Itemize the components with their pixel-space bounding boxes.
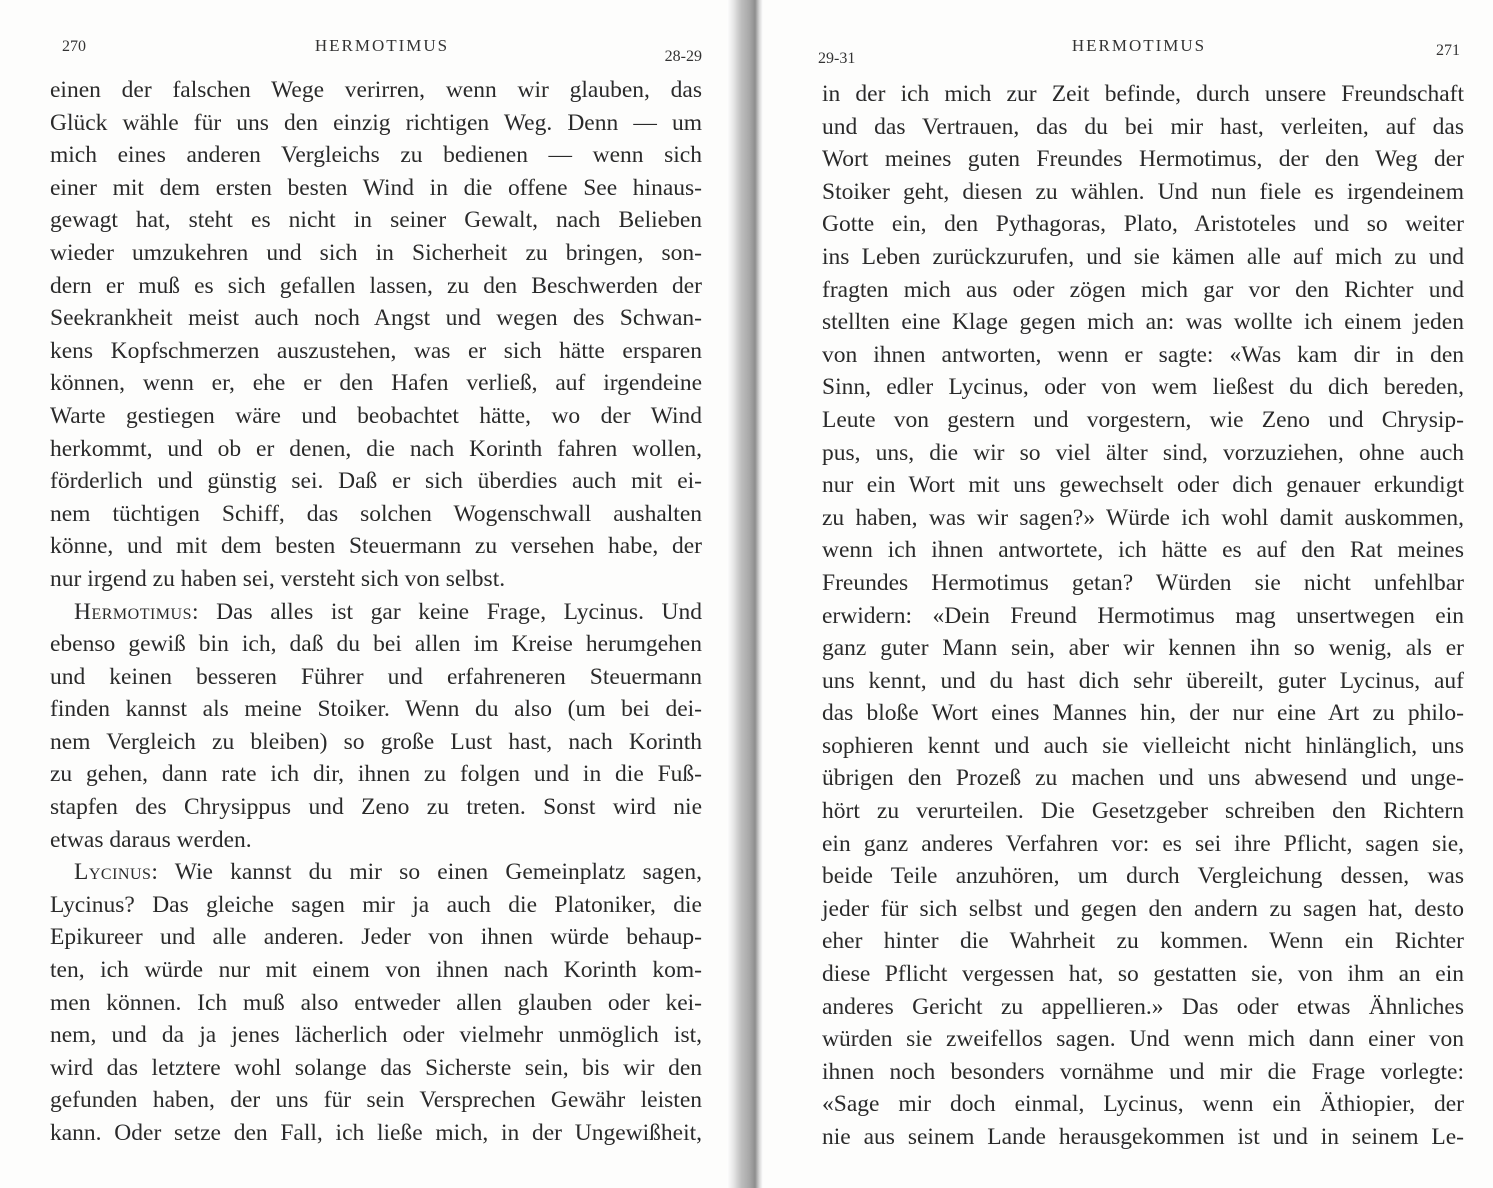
line-text: nur irgend zu haben sei, versteht sich v…: [50, 566, 505, 592]
line-text: «Sage mir doch einmal, Lycinus, wenn ein…: [822, 1091, 1464, 1117]
line-text: ihnen noch besonders vornähme und mir di…: [822, 1059, 1464, 1085]
line-text: einen der falschen Wege verirren, wenn w…: [50, 77, 702, 103]
line-text: nem tüchtigen Schiff, das solchen Wogens…: [50, 501, 702, 527]
line-text: eher hinter die Wahrheit zu kommen. Wenn…: [822, 928, 1464, 954]
text-line: zu gehen, dann rate ich dir, ihnen zu fo…: [50, 758, 702, 791]
right-page: 29-31 HERMOTIMUS 271 in der ich mich zur…: [760, 0, 1493, 1188]
text-line: zu haben, was wir sagen?» Würde ich wohl…: [822, 502, 1464, 535]
line-text: können, wenn er, ehe er den Hafen verlie…: [50, 370, 702, 396]
line-text: sophieren kennt und auch sie vielleicht …: [822, 733, 1464, 759]
line-text: ebenso gewiß bin ich, daß du bei allen i…: [50, 631, 702, 657]
text-line: in der ich mich zur Zeit befinde, durch …: [822, 78, 1464, 111]
line-text: Glück wähle für uns den einzig richtigen…: [50, 110, 702, 136]
line-text: und keinen besseren Führer und erfahrene…: [50, 664, 702, 690]
text-line: Stoiker geht, diesen zu wählen. Und nun …: [822, 176, 1464, 209]
text-line: Wort meines guten Freundes Hermotimus, d…: [822, 143, 1464, 176]
line-text: zu haben, was wir sagen?» Würde ich wohl…: [822, 505, 1464, 531]
line-text: dern er muß es sich gefallen lassen, zu …: [50, 273, 702, 299]
right-running-head: 29-31 HERMOTIMUS 271: [818, 36, 1460, 66]
speaker-line: Hermotimus: Das alles ist gar keine Frag…: [50, 596, 702, 629]
line-text: Wort meines guten Freundes Hermotimus, d…: [822, 146, 1464, 172]
text-line: hört zu verurteilen. Die Gesetzgeber sch…: [822, 795, 1464, 828]
text-line: nem Vergleich zu bleiben) so große Lust …: [50, 726, 702, 759]
line-text: Epikureer und alle anderen. Jeder von ih…: [50, 924, 702, 950]
line-text: zu gehen, dann rate ich dir, ihnen zu fo…: [50, 761, 702, 787]
text-line: ten, ich würde nur mit einem von ihnen n…: [50, 954, 702, 987]
line-text: gewagt hat, steht es nicht in seiner Gew…: [50, 207, 702, 233]
line-text: stapfen des Chrysippus und Zeno zu trete…: [50, 794, 702, 820]
line-text: diese Pflicht vergessen hat, so gestatte…: [822, 961, 1464, 987]
text-line: gewagt hat, steht es nicht in seiner Gew…: [50, 204, 702, 237]
line-text: und das Vertrauen, das du bei mir hast, …: [822, 114, 1464, 140]
line-text: jeder für sich selbst und gegen den ande…: [822, 896, 1464, 922]
line-text: fragten mich aus oder zögen mich gar vor…: [822, 277, 1464, 303]
text-line: kann. Oder setze den Fall, ich ließe mic…: [50, 1117, 702, 1150]
line-text: Seekrankheit meist auch noch Angst und w…: [50, 305, 702, 331]
line-text: förderlich und günstig sei. Daß er sich …: [50, 468, 702, 494]
line-text: einer mit dem ersten besten Wind in die …: [50, 175, 702, 201]
line-text: etwas daraus werden.: [50, 827, 252, 853]
line-text: Lycinus? Das gleiche sagen mir ja auch d…: [50, 892, 702, 918]
line-text: kann. Oder setze den Fall, ich ließe mic…: [50, 1120, 702, 1146]
text-line: könne, und mit dem besten Steuermann zu …: [50, 530, 702, 563]
text-line: wird das letztere wohl solange das Siche…: [50, 1052, 702, 1085]
text-line: kens Kopfschmerzen auszustehen, was er s…: [50, 335, 702, 368]
text-line: erwidern: «Dein Freund Hermotimus mag un…: [822, 600, 1464, 633]
text-line: uns kennt, und du hast dich sehr übereil…: [822, 665, 1464, 698]
text-line: men können. Ich muß also entweder allen …: [50, 987, 702, 1020]
text-line: jeder für sich selbst und gegen den ande…: [822, 893, 1464, 926]
speaker-name: Hermotimus: [74, 599, 192, 625]
line-text: men können. Ich muß also entweder allen …: [50, 990, 702, 1016]
left-page: 270 HERMOTIMUS 28-29 einen der falschen …: [0, 0, 735, 1188]
text-line: nur irgend zu haben sei, versteht sich v…: [50, 563, 702, 596]
text-line: Lycinus? Das gleiche sagen mir ja auch d…: [50, 889, 702, 922]
line-text: ein ganz anderes Verfahren vor: es sei i…: [822, 831, 1464, 857]
text-line: einen der falschen Wege verirren, wenn w…: [50, 74, 702, 107]
line-text: Freundes Hermotimus getan? Würden sie ni…: [822, 570, 1464, 596]
text-line: ihnen noch besonders vornähme und mir di…: [822, 1056, 1464, 1089]
line-text: hört zu verurteilen. Die Gesetzgeber sch…: [822, 798, 1464, 824]
line-text: ganz guter Mann sein, aber wir kennen ih…: [822, 635, 1464, 661]
text-line: und das Vertrauen, das du bei mir hast, …: [822, 111, 1464, 144]
line-text: nem, und da ja jenes lächerlich oder vie…: [50, 1022, 702, 1048]
line-text: mich eines anderen Vergleichs zu bediene…: [50, 142, 702, 168]
line-text: wieder umzukehren und sich in Sicherheit…: [50, 240, 702, 266]
text-line: mich eines anderen Vergleichs zu bediene…: [50, 139, 702, 172]
text-line: Leute von gestern und vorgestern, wie Ze…: [822, 404, 1464, 437]
text-line: das bloße Wort eines Mannes hin, der nur…: [822, 697, 1464, 730]
text-line: diese Pflicht vergessen hat, so gestatte…: [822, 958, 1464, 991]
text-line: herkommt, und ob er denen, die nach Kori…: [50, 433, 702, 466]
right-body-text: in der ich mich zur Zeit befinde, durch …: [822, 78, 1464, 1154]
line-text: ten, ich würde nur mit einem von ihnen n…: [50, 957, 702, 983]
text-line: ins Leben zurückzurufen, und sie kämen a…: [822, 241, 1464, 274]
text-line: Glück wähle für uns den einzig richtigen…: [50, 107, 702, 140]
line-text: würden sie zweifellos sagen. Und wenn mi…: [822, 1026, 1464, 1052]
line-text: könne, und mit dem besten Steuermann zu …: [50, 533, 702, 559]
line-text: das bloße Wort eines Mannes hin, der nur…: [822, 700, 1464, 726]
text-line: Gotte ein, den Pythagoras, Plato, Aristo…: [822, 208, 1464, 241]
line-text: nur ein Wort mit uns gewechselt oder dic…: [822, 472, 1464, 498]
text-line: nur ein Wort mit uns gewechselt oder dic…: [822, 469, 1464, 502]
text-line: würden sie zweifellos sagen. Und wenn mi…: [822, 1023, 1464, 1056]
left-section-ref: 28-29: [665, 48, 702, 66]
text-line: Seekrankheit meist auch noch Angst und w…: [50, 302, 702, 335]
text-line: wenn ich ihnen antwortete, ich hätte es …: [822, 534, 1464, 567]
line-text: Leute von gestern und vorgestern, wie Ze…: [822, 407, 1464, 433]
line-text: ins Leben zurückzurufen, und sie kämen a…: [822, 244, 1464, 270]
text-line: eher hinter die Wahrheit zu kommen. Wenn…: [822, 925, 1464, 958]
text-line: finden kannst als meine Stoiker. Wenn du…: [50, 693, 702, 726]
text-line: können, wenn er, ehe er den Hafen verlie…: [50, 367, 702, 400]
line-text: von ihnen antworten, wenn er sagte: «Was…: [822, 342, 1464, 368]
line-text: wird das letztere wohl solange das Siche…: [50, 1055, 702, 1081]
text-line: und keinen besseren Führer und erfahrene…: [50, 661, 702, 694]
speaker-line: Lycinus: Wie kannst du mir so einen Geme…: [50, 856, 702, 889]
text-line: förderlich und günstig sei. Daß er sich …: [50, 465, 702, 498]
line-text: herkommt, und ob er denen, die nach Kori…: [50, 436, 702, 462]
line-text: in der ich mich zur Zeit befinde, durch …: [822, 81, 1464, 107]
right-page-number: 271: [1436, 42, 1460, 60]
line-text: nem Vergleich zu bleiben) so große Lust …: [50, 729, 702, 755]
text-line: sophieren kennt und auch sie vielleicht …: [822, 730, 1464, 763]
left-running-head: 270 HERMOTIMUS 28-29: [62, 36, 702, 66]
book-spread: 270 HERMOTIMUS 28-29 einen der falschen …: [0, 0, 1493, 1188]
line-text: erwidern: «Dein Freund Hermotimus mag un…: [822, 603, 1464, 629]
text-line: dern er muß es sich gefallen lassen, zu …: [50, 270, 702, 303]
line-text: finden kannst als meine Stoiker. Wenn du…: [50, 696, 702, 722]
text-line: einer mit dem ersten besten Wind in die …: [50, 172, 702, 205]
line-text: kens Kopfschmerzen auszustehen, was er s…: [50, 338, 702, 364]
line-text: stellten eine Klage gegen mich an: was w…: [822, 309, 1464, 335]
line-text: Stoiker geht, diesen zu wählen. Und nun …: [822, 179, 1464, 205]
line-text: pus, uns, die wir so viel älter sind, vo…: [822, 440, 1464, 466]
text-line: stapfen des Chrysippus und Zeno zu trete…: [50, 791, 702, 824]
line-text: Sinn, edler Lycinus, oder von wem ließes…: [822, 374, 1464, 400]
text-line: fragten mich aus oder zögen mich gar vor…: [822, 274, 1464, 307]
text-line: beide Teile anzuhören, um durch Vergleic…: [822, 860, 1464, 893]
line-text: : Das alles ist gar keine Frage, Lycinus…: [192, 599, 702, 625]
line-text: uns kennt, und du hast dich sehr übereil…: [822, 668, 1464, 694]
text-line: wieder umzukehren und sich in Sicherheit…: [50, 237, 702, 270]
text-line: Warte gestiegen wäre und beobachtet hätt…: [50, 400, 702, 433]
book-gutter-shadow: [727, 0, 763, 1188]
text-line: ganz guter Mann sein, aber wir kennen ih…: [822, 632, 1464, 665]
text-line: «Sage mir doch einmal, Lycinus, wenn ein…: [822, 1088, 1464, 1121]
right-running-title: HERMOTIMUS: [818, 36, 1460, 56]
text-line: pus, uns, die wir so viel älter sind, vo…: [822, 437, 1464, 470]
speaker-name: Lycinus: [74, 859, 151, 885]
text-line: nie aus seinem Lande herausgekommen ist …: [822, 1121, 1464, 1154]
text-line: übrigen den Prozeß zu machen und uns abw…: [822, 762, 1464, 795]
line-text: anderes Gericht zu appellieren.» Das ode…: [822, 994, 1464, 1020]
left-running-title: HERMOTIMUS: [62, 36, 702, 56]
line-text: : Wie kannst du mir so einen Gemeinplatz…: [151, 859, 702, 885]
text-line: Freundes Hermotimus getan? Würden sie ni…: [822, 567, 1464, 600]
text-line: nem, und da ja jenes lächerlich oder vie…: [50, 1019, 702, 1052]
text-line: Sinn, edler Lycinus, oder von wem ließes…: [822, 371, 1464, 404]
text-line: Epikureer und alle anderen. Jeder von ih…: [50, 921, 702, 954]
text-line: ein ganz anderes Verfahren vor: es sei i…: [822, 828, 1464, 861]
text-line: gefunden haben, der uns für sein Verspre…: [50, 1084, 702, 1117]
line-text: wenn ich ihnen antwortete, ich hätte es …: [822, 537, 1464, 563]
text-line: etwas daraus werden.: [50, 824, 702, 857]
line-text: übrigen den Prozeß zu machen und uns abw…: [822, 765, 1464, 791]
line-text: beide Teile anzuhören, um durch Vergleic…: [822, 863, 1464, 889]
line-text: Warte gestiegen wäre und beobachtet hätt…: [50, 403, 702, 429]
line-text: gefunden haben, der uns für sein Verspre…: [50, 1087, 702, 1113]
line-text: nie aus seinem Lande herausgekommen ist …: [822, 1124, 1464, 1150]
text-line: anderes Gericht zu appellieren.» Das ode…: [822, 991, 1464, 1024]
left-body-text: einen der falschen Wege verirren, wenn w…: [50, 74, 702, 1150]
text-line: von ihnen antworten, wenn er sagte: «Was…: [822, 339, 1464, 372]
text-line: ebenso gewiß bin ich, daß du bei allen i…: [50, 628, 702, 661]
text-line: stellten eine Klage gegen mich an: was w…: [822, 306, 1464, 339]
text-line: nem tüchtigen Schiff, das solchen Wogens…: [50, 498, 702, 531]
line-text: Gotte ein, den Pythagoras, Plato, Aristo…: [822, 211, 1464, 237]
